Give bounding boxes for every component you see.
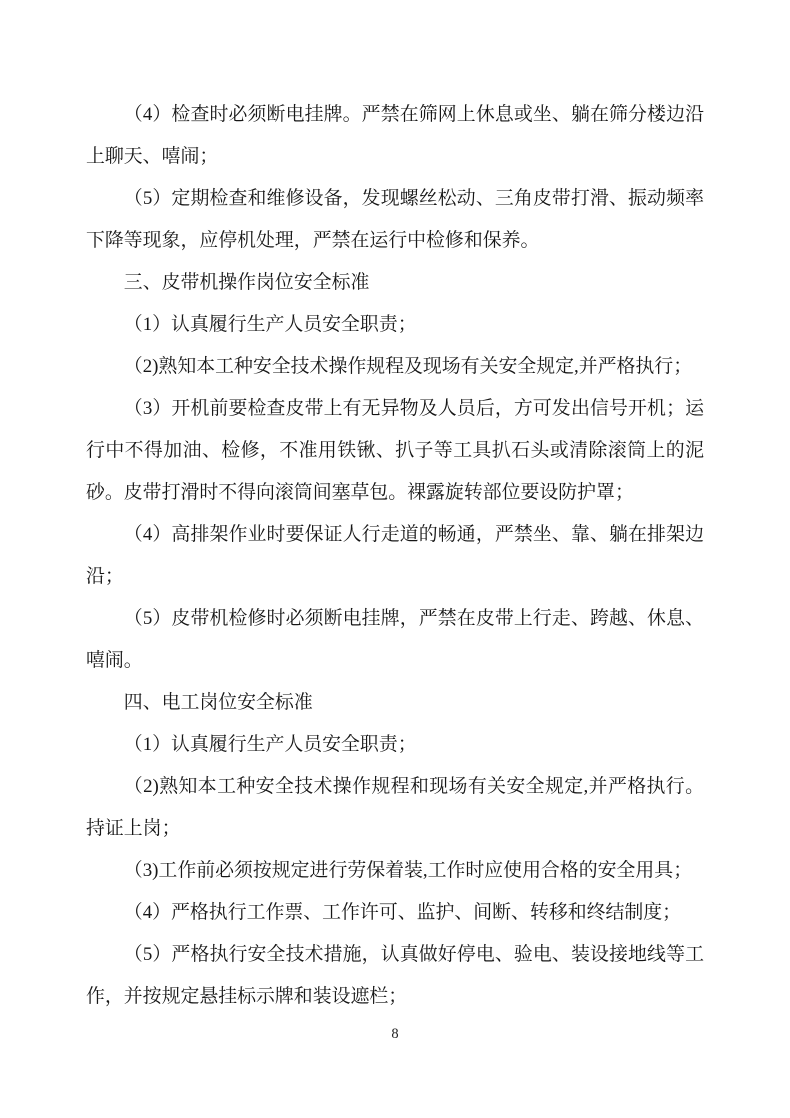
paragraph: （2)熟知本工种安全技术操作规程和现场有关安全规定,并严格执行。持证上岗；	[86, 766, 704, 850]
document-page: （4）检查时必须断电挂牌。严禁在筛网上休息或坐、躺在筛分楼边沿上聊天、嘻闹；（5…	[0, 0, 790, 1118]
paragraph: （2)熟知本工种安全技术操作规程及现场有关安全规定,并严格执行；	[86, 346, 704, 388]
paragraph: （5）严格执行安全技术措施，认真做好停电、验电、装设接地线等工作，并按规定悬挂标…	[86, 934, 704, 1018]
section-heading: 三、皮带机操作岗位安全标准	[86, 262, 704, 304]
paragraph: （5）皮带机检修时必须断电挂牌，严禁在皮带上行走、跨越、休息、嘻闹。	[86, 598, 704, 682]
paragraph: （3)工作前必须按规定进行劳保着装,工作时应使用合格的安全用具；	[86, 850, 704, 892]
paragraph: （4）严格执行工作票、工作许可、监护、间断、转移和终结制度；	[86, 892, 704, 934]
paragraph: （1）认真履行生产人员安全职责；	[86, 724, 704, 766]
paragraph: （4）高排架作业时要保证人行走道的畅通，严禁坐、靠、躺在排架边沿；	[86, 514, 704, 598]
section-heading: 四、电工岗位安全标准	[86, 682, 704, 724]
document-body: （4）检查时必须断电挂牌。严禁在筛网上休息或坐、躺在筛分楼边沿上聊天、嘻闹；（5…	[86, 94, 704, 1018]
page-number: 8	[0, 1024, 790, 1044]
paragraph: （5）定期检查和维修设备，发现螺丝松动、三角皮带打滑、振动频率下降等现象，应停机…	[86, 178, 704, 262]
paragraph: （3）开机前要检查皮带上有无异物及人员后，方可发出信号开机；运行中不得加油、检修…	[86, 388, 704, 514]
paragraph: （1）认真履行生产人员安全职责；	[86, 304, 704, 346]
paragraph: （4）检查时必须断电挂牌。严禁在筛网上休息或坐、躺在筛分楼边沿上聊天、嘻闹；	[86, 94, 704, 178]
